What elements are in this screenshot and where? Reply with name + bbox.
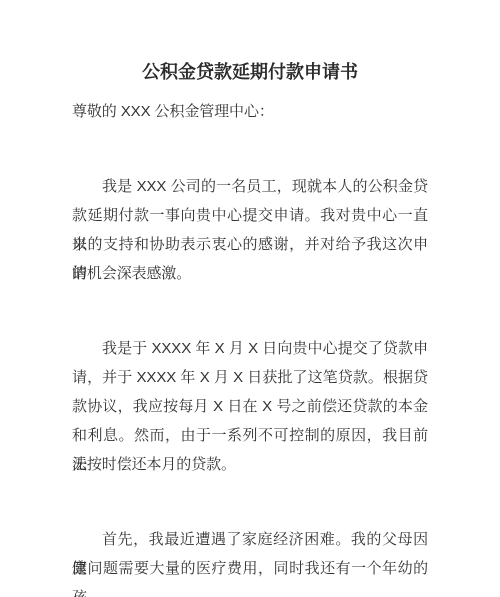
paragraph-2: 我是于 XXXX 年 X 月 X 日向贵中心提交了贷款申 请，并于 XXXX 年… [72,334,428,479]
paragraph-1-line-1: 我是 XXX 公司的一名员工，现就本人的公积金贷 [72,172,428,201]
paragraph-1: 我是 XXX 公司的一名员工，现就本人的公积金贷 款延期付款一事向贵中心提交申请… [72,172,428,288]
paragraph-2-line-2: 请，并于 XXXX 年 X 月 X 日获批了这笔贷款。根据贷 [72,363,428,392]
salutation: 尊敬的 XXX 公积金管理中心： [72,97,428,126]
document-title: 公积金贷款延期付款申请书 [72,58,428,86]
paragraph-3-line-2: 康问题需要大量的医疗费用，同时我还有一个年幼的孩 [72,554,428,583]
paragraph-1-line-3: 来的支持和协助表示衷心的感谢，并对给予我这次申请 [72,230,428,259]
paragraph-3-line-1: 首先，我最近遭遇了家庭经济困难。我的父母因健 [72,525,428,554]
paragraph-2-line-4: 和利息。然而，由于一系列不可控制的原因，我目前无 [72,421,428,450]
paragraph-3: 首先，我最近遭遇了家庭经济困难。我的父母因健 康问题需要大量的医疗费用，同时我还… [72,525,428,583]
paragraph-1-line-2: 款延期付款一事向贵中心提交申请。我对贵中心一直以 [72,201,428,230]
paragraph-2-line-1: 我是于 XXXX 年 X 月 X 日向贵中心提交了贷款申 [72,334,428,363]
document-page: 公积金贷款延期付款申请书 尊敬的 XXX 公积金管理中心： 我是 XXX 公司的… [0,0,500,597]
paragraph-2-line-5: 法按时偿还本月的贷款。 [72,450,428,479]
paragraph-2-line-3: 款协议，我应按每月 X 日在 X 号之前偿还贷款的本金 [72,392,428,421]
paragraph-1-line-4: 的机会深表感激。 [72,259,428,288]
